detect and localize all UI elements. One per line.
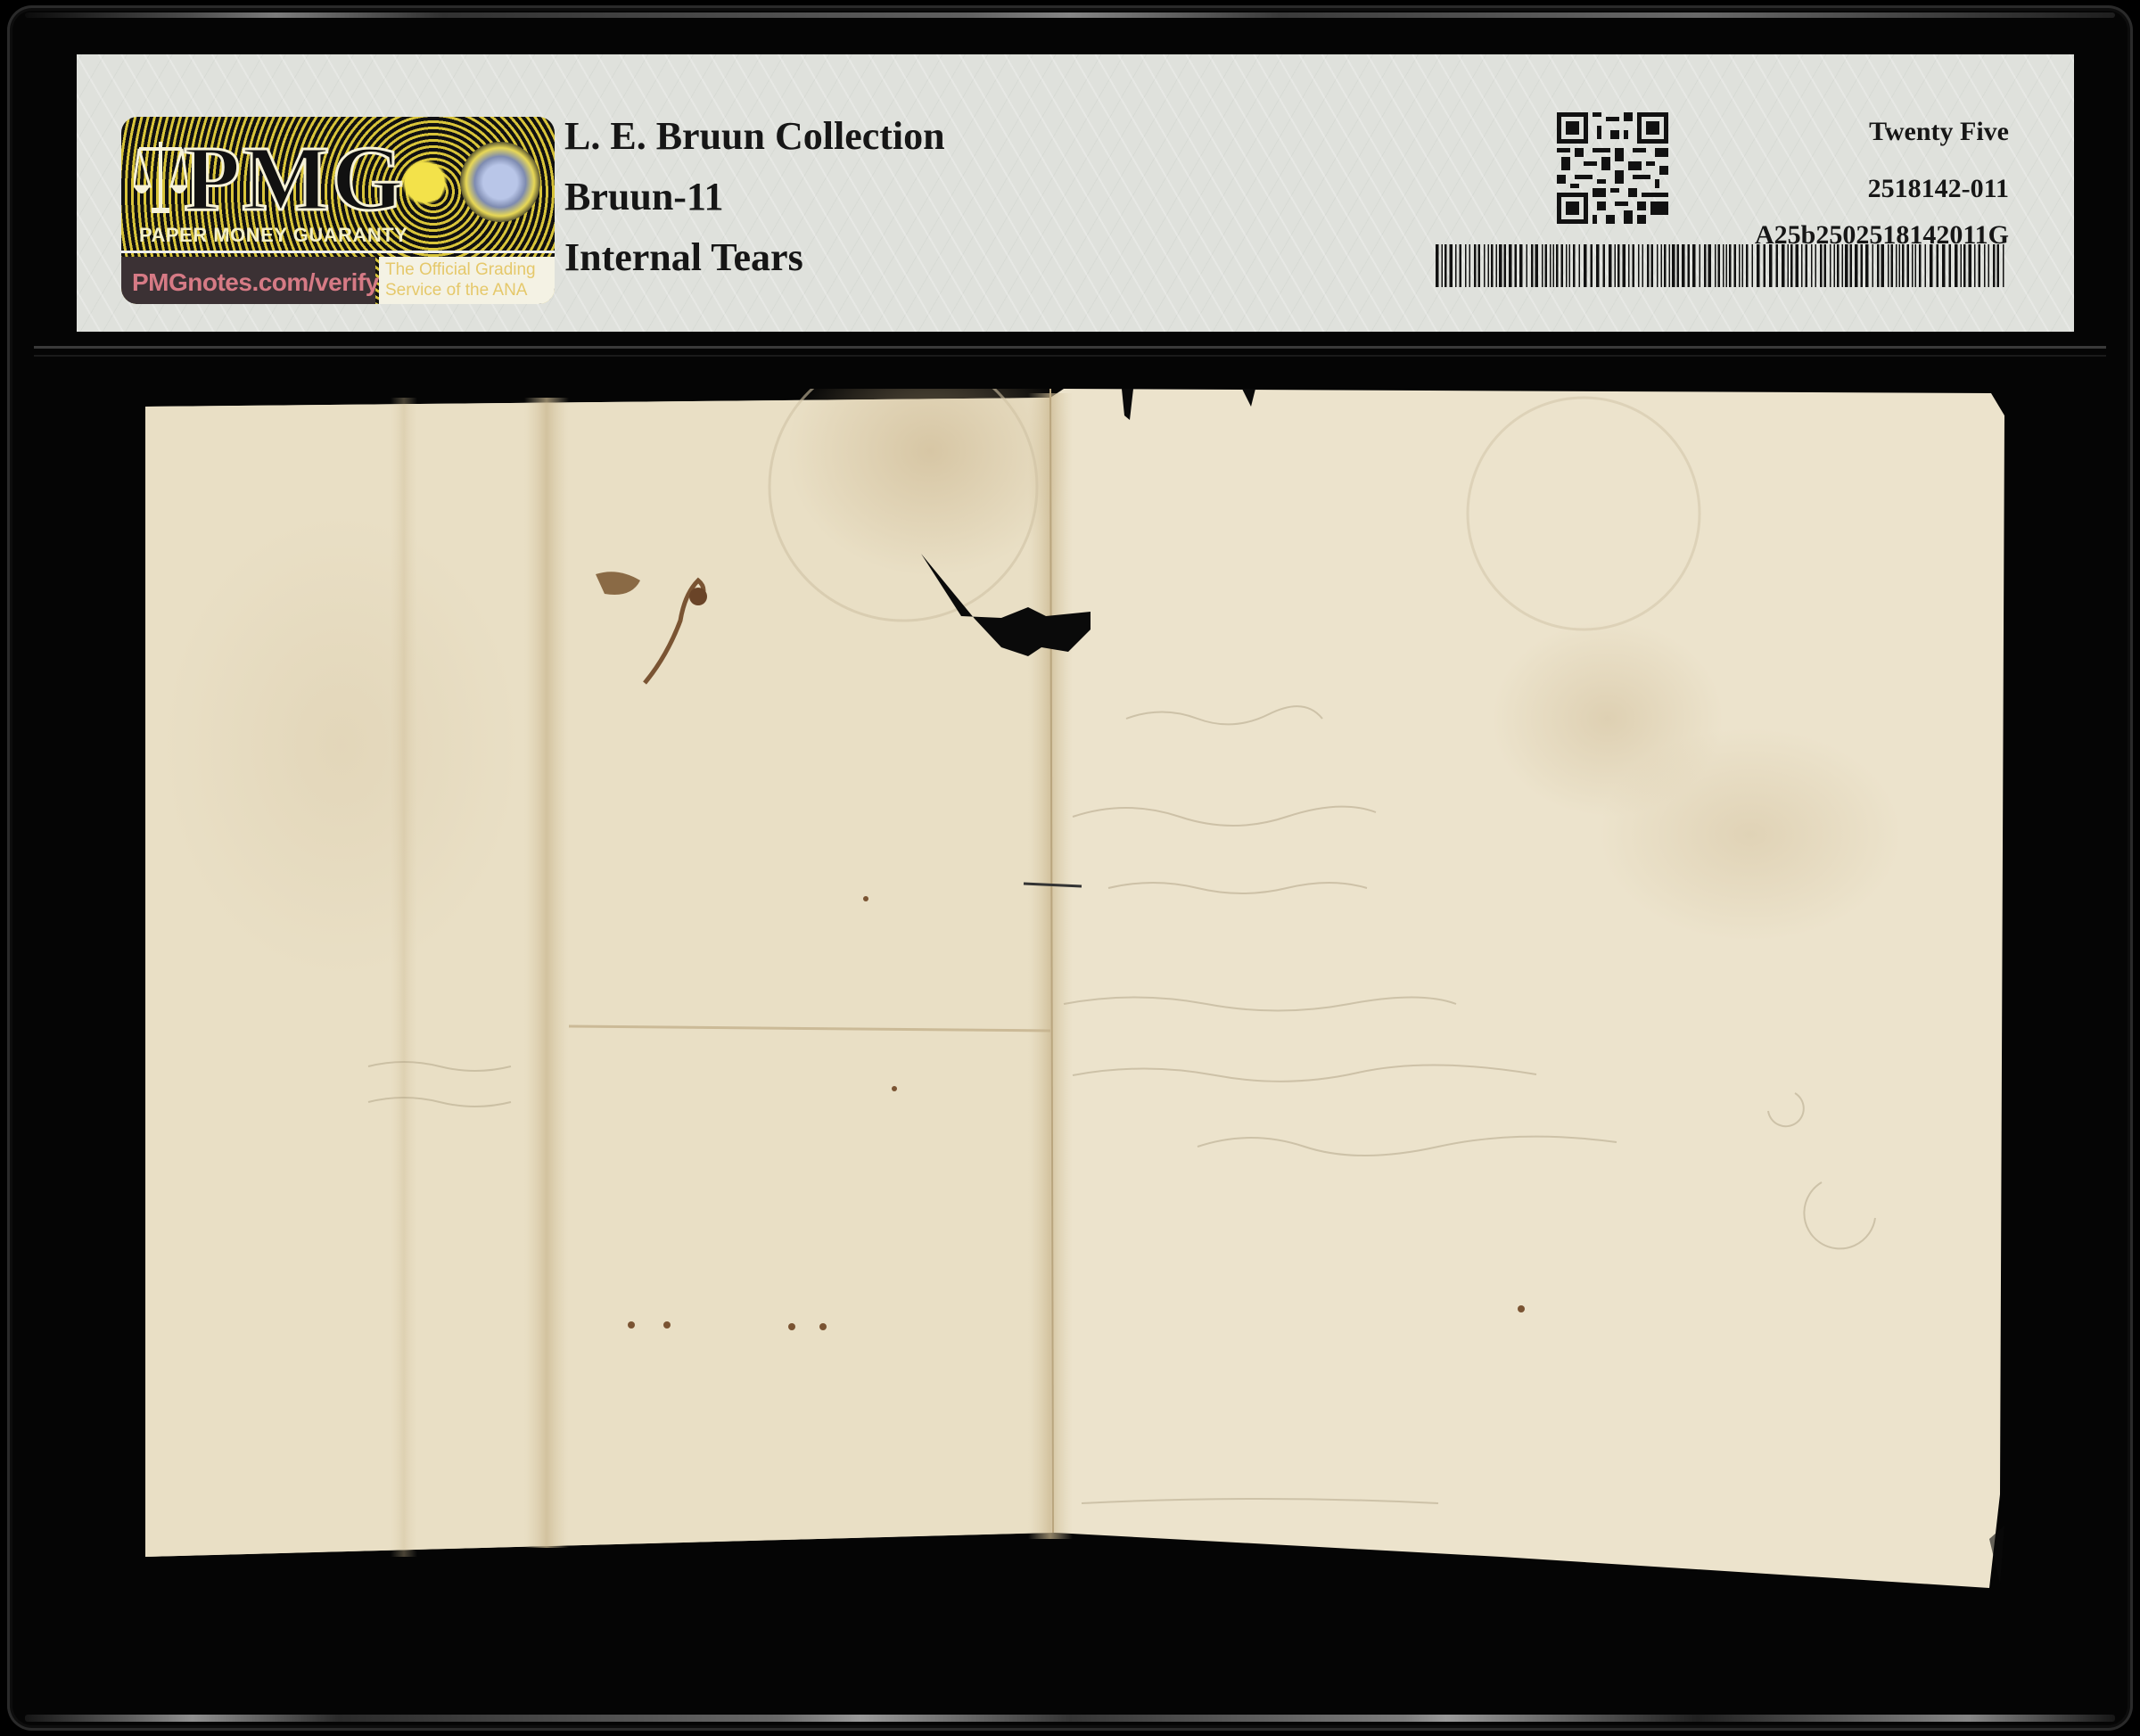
pmg-tagline: PAPER MONEY GUARANTY bbox=[139, 224, 407, 247]
note-description: L. E. Bruun Collection Bruun-11 Internal… bbox=[564, 106, 945, 288]
ana-line-1: The Official Grading bbox=[385, 259, 536, 280]
hologram-seal-icon bbox=[460, 142, 540, 222]
verify-url[interactable]: PMGnotes.com/verify bbox=[132, 268, 379, 297]
banknote-back bbox=[145, 389, 2004, 1588]
ana-line-2: Service of the ANA bbox=[385, 280, 536, 300]
holder-rim-bottom bbox=[25, 1715, 2115, 1722]
barcode-icon bbox=[1436, 244, 2009, 287]
condition-comment: Internal Tears bbox=[564, 227, 945, 288]
denomination: Twenty Five bbox=[1755, 103, 2009, 160]
hologram-rule bbox=[121, 251, 555, 253]
holder-rim-top bbox=[25, 12, 2115, 18]
pmg-hologram: PMG PAPER MONEY GUARANTY PMGnotes.com/ve… bbox=[121, 117, 555, 304]
label-divider-shadow bbox=[34, 355, 2106, 357]
grade-block: Twenty Five 2518142-011 A25b250251814201… bbox=[1755, 103, 2009, 253]
catalog-number: Bruun-11 bbox=[564, 167, 945, 227]
cert-number: 2518142-011 bbox=[1755, 160, 2009, 218]
balance-scale-icon bbox=[134, 136, 187, 218]
slab-holder: PMG PAPER MONEY GUARANTY PMGnotes.com/ve… bbox=[7, 5, 2133, 1731]
pmg-logo: PMG bbox=[184, 133, 406, 226]
label-divider bbox=[34, 346, 2106, 349]
collection-name: L. E. Bruun Collection bbox=[564, 106, 945, 167]
qr-code-icon[interactable] bbox=[1557, 112, 1668, 224]
grading-label: PMG PAPER MONEY GUARANTY PMGnotes.com/ve… bbox=[77, 54, 2074, 332]
ana-statement: The Official Grading Service of the ANA bbox=[385, 259, 536, 300]
